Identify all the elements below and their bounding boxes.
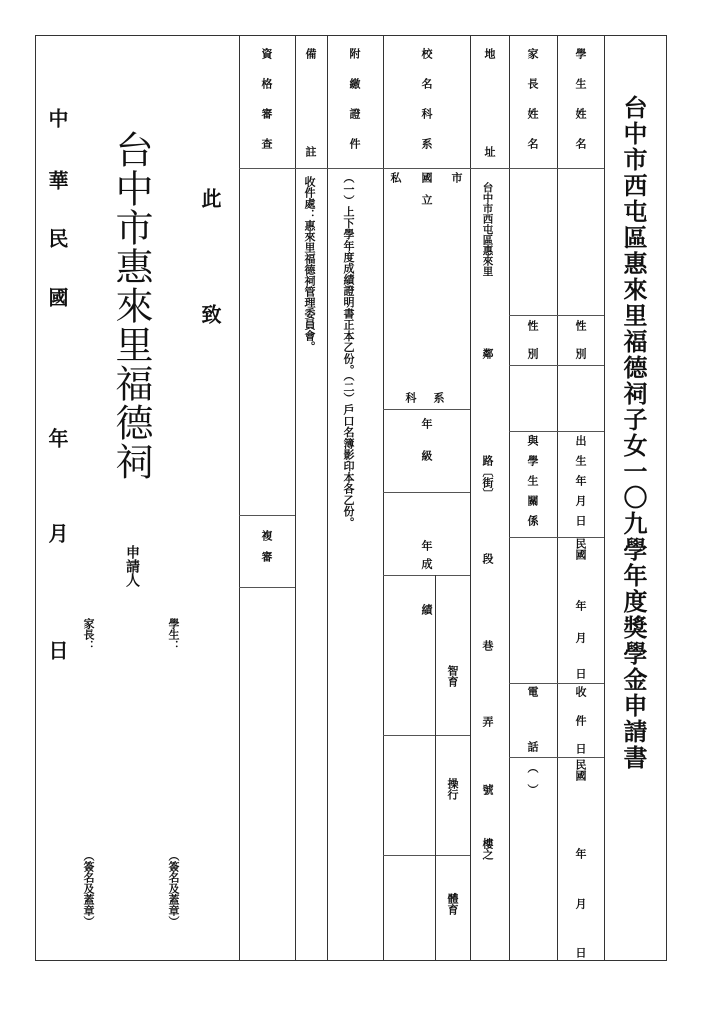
header-address-1: 地 <box>484 48 495 59</box>
year-label: 年 <box>421 540 432 551</box>
date-month: 月 <box>47 523 67 543</box>
date-char-3: 民 <box>47 228 67 248</box>
phone-field[interactable]: （ ） <box>527 762 538 795</box>
recipient-name: 台中市惠來里福德祠 <box>112 130 150 481</box>
student-sex-label-2: 別 <box>575 348 586 359</box>
physical-score-field[interactable] <box>384 856 434 960</box>
applicant-label: 申請人 <box>125 545 139 587</box>
received-year-label: 年 <box>575 848 586 859</box>
school-type-city: 市 <box>451 172 462 183</box>
closing-phrase: 此 致 <box>200 188 220 362</box>
attachments-text: （一）上下學年度成績證明書正本乙份。（二）戶口名簿影印本各乙份。 <box>343 172 354 528</box>
relation-field[interactable] <box>510 538 556 683</box>
address-field[interactable] <box>471 169 509 961</box>
divider <box>604 35 605 961</box>
parent-sex-label-2: 別 <box>527 348 538 359</box>
date-char-4: 國 <box>47 287 67 307</box>
re-review-label: 複審 <box>261 530 272 572</box>
conduct-score-field[interactable] <box>384 736 434 854</box>
received-month-label: 月 <box>575 898 586 909</box>
student-sign-note: （簽名及蓋章） <box>168 850 179 927</box>
student-sign-label: 學生： <box>168 618 179 651</box>
grade-label-1: 年 <box>421 418 432 429</box>
parent-signature-field[interactable] <box>76 660 106 840</box>
received-label-1: 收 <box>575 686 586 697</box>
row-line <box>383 409 470 410</box>
birth-date-label: 出生年月日 <box>575 435 586 535</box>
birth-date-field[interactable] <box>558 538 604 683</box>
parent-sex-label-1: 性 <box>527 320 538 331</box>
dept-label-2: 系 <box>433 392 444 403</box>
grade-label-2: 級 <box>421 450 432 461</box>
divider <box>435 575 436 961</box>
date-day: 日 <box>47 640 67 660</box>
relation-label: 與學生關係 <box>527 435 538 535</box>
header-qualification: 資格審查 <box>261 48 272 168</box>
received-label-2: 件 <box>575 715 586 726</box>
re-review-field[interactable] <box>240 588 295 960</box>
phone-label-2: 話 <box>527 741 538 752</box>
parent-sex-field[interactable] <box>510 366 556 431</box>
date-year: 年 <box>47 428 67 448</box>
date-char-2: 華 <box>47 170 67 190</box>
remarks-text: 收件處：惠來里福德祠管理委員會。 <box>304 176 315 352</box>
score-label-1: 成 <box>421 558 432 569</box>
row-line <box>383 492 470 493</box>
header-parent-name: 家長姓名 <box>527 48 538 168</box>
header-student-name: 學生姓名 <box>575 48 586 168</box>
row-line <box>509 757 604 758</box>
row-line <box>509 431 604 432</box>
divider <box>295 35 296 961</box>
header-attachments: 附繳證件 <box>349 48 360 168</box>
form-title: 台中市西屯區惠來里福德祠子女一〇九學年度獎學金申請書 <box>616 95 651 771</box>
parent-sign-note: （簽名及蓋章） <box>83 850 94 927</box>
header-remarks-1: 備 <box>305 48 316 59</box>
phone-label-1: 電 <box>527 686 538 697</box>
school-name-field[interactable] <box>384 210 470 386</box>
header-remarks-2: 註 <box>305 146 316 157</box>
dept-label-1: 科 <box>405 392 416 403</box>
date-char-1: 中 <box>47 108 67 128</box>
school-type-national: 國 <box>421 172 432 183</box>
school-type-suffix: 立 <box>421 194 432 205</box>
intellect-score-field[interactable] <box>384 576 434 734</box>
subject-conduct: 操行 <box>447 778 458 800</box>
parent-sign-label: 家長： <box>83 618 94 651</box>
qualification-review-field[interactable] <box>240 169 295 515</box>
student-signature-field[interactable] <box>160 660 190 840</box>
received-roc-label: 民國 <box>575 759 586 781</box>
student-sex-label-1: 性 <box>575 320 586 331</box>
header-address-2: 址 <box>484 146 495 157</box>
student-sex-field[interactable] <box>558 366 604 431</box>
row-line <box>509 315 604 316</box>
student-name-field[interactable] <box>558 169 604 315</box>
parent-name-field[interactable] <box>510 169 556 315</box>
row-line <box>509 683 604 684</box>
header-school: 校名科系 <box>421 48 432 168</box>
subject-physical: 體育 <box>447 893 458 915</box>
school-type-private: 私 <box>390 172 401 183</box>
received-label-3: 日 <box>575 743 586 754</box>
divider <box>327 35 328 961</box>
received-day-label: 日 <box>575 947 586 958</box>
row-line <box>239 515 295 516</box>
subject-intellect: 智育 <box>447 665 458 687</box>
